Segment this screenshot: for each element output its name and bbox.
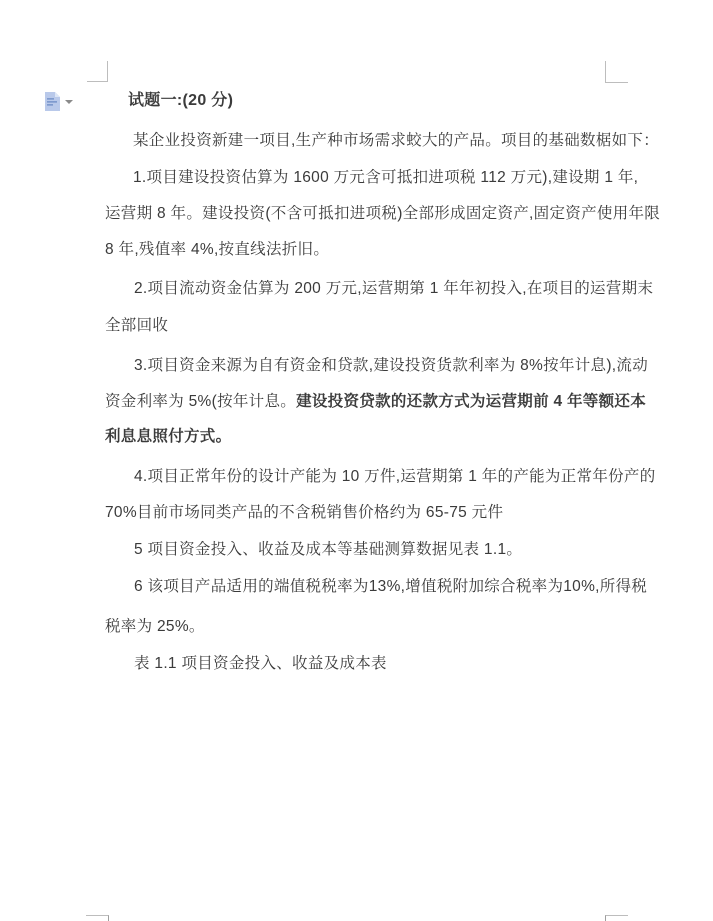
document-page: 试题一:(20 分) 某企业投资新建一项目,生产种市场需求蛟大的产品。项目的基础… xyxy=(0,0,713,921)
item4-line1: 4.项目正常年份的设计产能为 10 万件,运营期第 1 年的产能为正常年份产的 xyxy=(134,467,656,487)
item3-line3: 利息息照付方式。 xyxy=(105,427,231,447)
item3-line2-normal-run: 资金利率为 5%(按年计息。 xyxy=(105,393,296,410)
paste-options-button[interactable] xyxy=(44,90,78,112)
text-boundary-mark-top-right xyxy=(605,61,628,83)
item4-line2: 70%目前市场同类产品的不含税销售价格约为 65-75 元件 xyxy=(105,503,503,523)
item2-line1: 2.项目流动资金估算为 200 万元,运营期第 1 年年初投入,在项目的运营期末 xyxy=(134,279,653,299)
table-caption: 表 1.1 项目资金投入、收益及成本表 xyxy=(134,654,387,674)
question-title: 试题一:(20 分) xyxy=(128,91,233,111)
item1-line2: 运营期 8 年。建设投资(不含可抵扣进项税)全部形成固定资产,固定资产使用年限 xyxy=(105,204,660,224)
item6-line1: 6 该项目产品适用的端值税税率为13%,增值税附加综合税率为10%,所得税 xyxy=(134,577,647,597)
item1-line3: 8 年,残值率 4%,按直线法折旧。 xyxy=(105,240,329,260)
intro-line: 某企业投资新建一项目,生产种市场需求蛟大的产品。项目的基础数椐如下： xyxy=(133,131,659,151)
item1-line1: 1.项目建设投资估算为 1600 万元含可抵扣进项税 112 万元),建设期 1… xyxy=(133,168,638,188)
text-boundary-mark-bottom-right xyxy=(605,915,628,921)
item3-line2-bold-run: 建设投资贷款的还款方式为运营期前 4 年等额还本 xyxy=(296,393,646,410)
item6-line2: 税率为 25%。 xyxy=(105,617,205,637)
text-boundary-mark-top-left xyxy=(87,61,108,82)
paste-options-icon xyxy=(44,92,61,111)
item3-line1: 3.项目资金来源为自有资金和贷款,建设投资货款利率为 8%按年计息),流动 xyxy=(134,356,648,376)
text-boundary-mark-bottom-left xyxy=(86,915,109,921)
item2-line2: 全部回收 xyxy=(105,316,168,336)
chevron-down-icon xyxy=(65,100,73,104)
item5-line: 5 项目资金投入、收益及成本等基础测算数据见表 1.1。 xyxy=(134,540,522,560)
item3-line2: 资金利率为 5%(按年计息。建设投资贷款的还款方式为运营期前 4 年等额还本 xyxy=(105,392,646,412)
